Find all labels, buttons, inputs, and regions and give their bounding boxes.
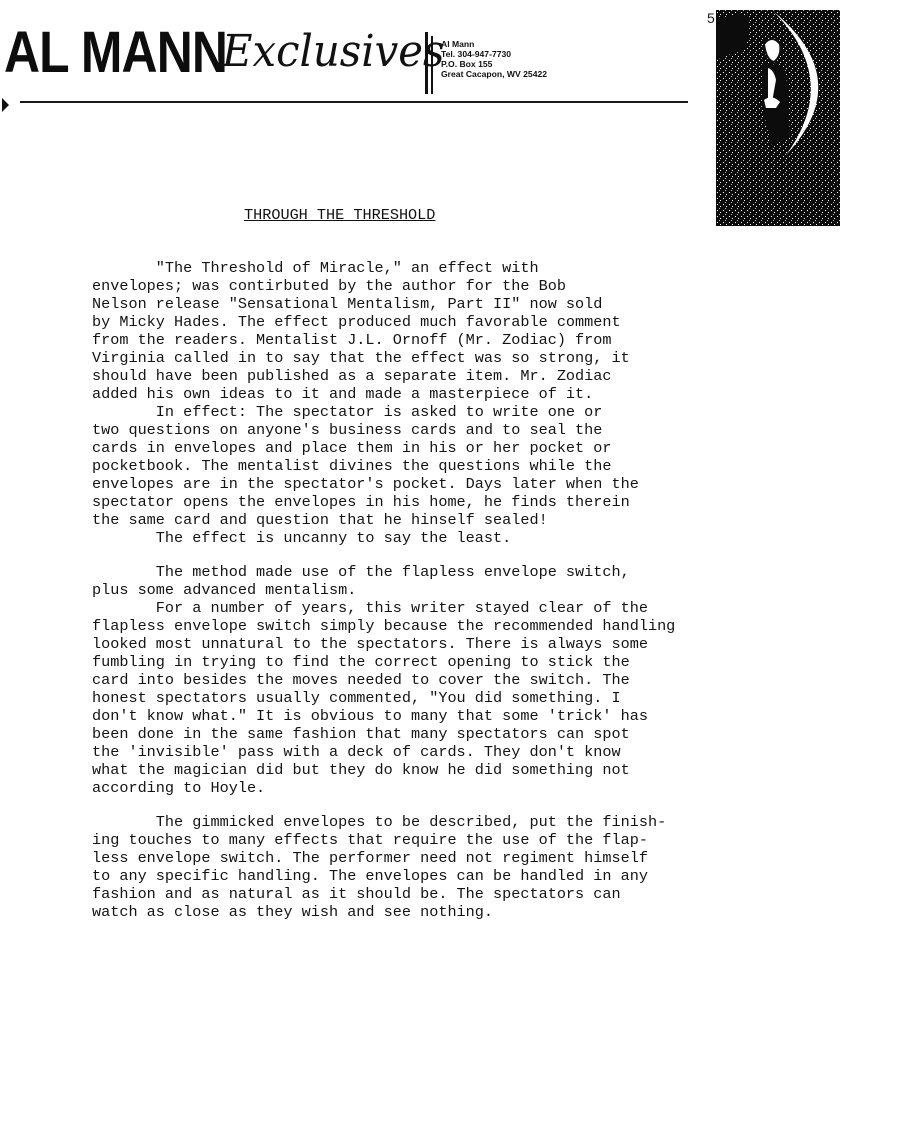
- text-line: card into besides the moves needed to co…: [92, 671, 872, 689]
- text-line: For a number of years, this writer staye…: [92, 599, 872, 617]
- text-line: Nelson release "Sensational Mentalism, P…: [92, 295, 872, 313]
- text-line: The method made use of the flapless enve…: [92, 563, 872, 581]
- text-line: cards in envelopes and place them in his…: [92, 439, 872, 457]
- text-line: spectator opens the envelopes in his hom…: [92, 493, 872, 511]
- divider-bar: [425, 32, 428, 94]
- text-line: watch as close as they wish and see noth…: [92, 903, 872, 921]
- text-line: The effect is uncanny to say the least.: [92, 529, 872, 547]
- address-city: Great Cacapon, WV 25422: [441, 69, 547, 79]
- text-line: what the magician did but they do know h…: [92, 761, 872, 779]
- header-rule: [20, 101, 688, 103]
- text-line: In effect: The spectator is asked to wri…: [92, 403, 872, 421]
- text-line: "The Threshold of Miracle," an effect wi…: [92, 259, 872, 277]
- text-line: envelopes are in the spectator's pocket.…: [92, 475, 872, 493]
- text-line: fashion and as natural as it should be. …: [92, 885, 872, 903]
- text-line: should have been published as a separate…: [92, 367, 872, 385]
- text-line: the 'invisible' pass with a deck of card…: [92, 743, 872, 761]
- brand-script: Exclusives: [222, 30, 444, 74]
- text-line: looked most unnatural to the spectators.…: [92, 635, 872, 653]
- address-name: Al Mann: [441, 39, 547, 49]
- address-block: Al Mann Tel. 304-947-7730 P.O. Box 155 G…: [441, 39, 547, 79]
- magician-illustration-icon: [716, 10, 840, 226]
- text-line: don't know what." It is obvious to many …: [92, 707, 872, 725]
- document-title: THROUGH THE THRESHOLD: [244, 206, 435, 224]
- text-line: honest spectators usually commented, "Yo…: [92, 689, 872, 707]
- text-line: envelopes; was contirbuted by the author…: [92, 277, 872, 295]
- text-line: fumbling in trying to find the correct o…: [92, 653, 872, 671]
- text-line: flapless envelope switch simply because …: [92, 617, 872, 635]
- text-line: according to Hoyle.: [92, 779, 872, 797]
- text-line: added his own ideas to it and made a mas…: [92, 385, 872, 403]
- text-line: ing touches to many effects that require…: [92, 831, 872, 849]
- text-line: by Micky Hades. The effect produced much…: [92, 313, 872, 331]
- document-body: "The Threshold of Miracle," an effect wi…: [92, 259, 872, 921]
- text-line: from the readers. Mentalist J.L. Ornoff …: [92, 331, 872, 349]
- text-line: been done in the same fashion that many …: [92, 725, 872, 743]
- text-line: pocketbook. The mentalist divines the qu…: [92, 457, 872, 475]
- page-number: 5: [707, 10, 715, 26]
- address-tel: Tel. 304-947-7730: [441, 49, 547, 59]
- brand-name: AL MANN: [4, 24, 227, 82]
- paragraph: The gimmicked envelopes to be described,…: [92, 813, 872, 921]
- paragraph: The method made use of the flapless enve…: [92, 563, 872, 797]
- divider-bar: [431, 36, 433, 94]
- text-line: two questions on anyone's business cards…: [92, 421, 872, 439]
- paragraph: "The Threshold of Miracle," an effect wi…: [92, 259, 872, 547]
- text-line: Virginia called in to say that the effec…: [92, 349, 872, 367]
- margin-arrow-icon: [2, 98, 9, 112]
- address-po-box: P.O. Box 155: [441, 59, 547, 69]
- text-line: to any specific handling. The envelopes …: [92, 867, 872, 885]
- text-line: The gimmicked envelopes to be described,…: [92, 813, 872, 831]
- paragraph-gap: [92, 797, 872, 813]
- text-line: the same card and question that he hinse…: [92, 511, 872, 529]
- text-line: less envelope switch. The performer need…: [92, 849, 872, 867]
- paragraph-gap: [92, 547, 872, 563]
- text-line: plus some advanced mentalism.: [92, 581, 872, 599]
